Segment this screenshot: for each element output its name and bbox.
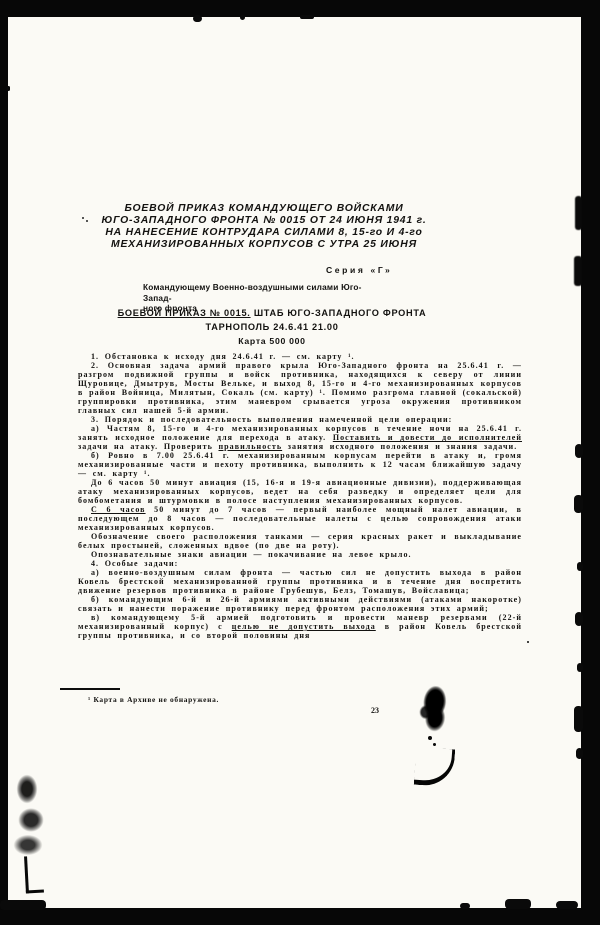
paragraph: Обозначение своего расположения танками … <box>78 532 522 550</box>
scan-edge-bump <box>574 706 583 732</box>
order-number: БОЕВОЙ ПРИКАЗ № 0015. <box>118 308 251 318</box>
scan-blob <box>460 903 470 909</box>
paragraph: а) Частям 8, 15-го и 4-го механизированн… <box>78 424 522 451</box>
text-segment: До 6 часов 50 минут авиация (15, 16-я и … <box>78 478 522 505</box>
text-segment: 2. Основная задача армий правого крыла Ю… <box>78 361 522 415</box>
scan-border-left <box>0 0 8 925</box>
ink-dot <box>428 736 432 740</box>
scan-edge-bump <box>575 196 582 230</box>
text-segment: б) командующим 6-й и 26-й армиями активн… <box>78 595 522 613</box>
paragraph: б) командующим 6-й и 26-й армиями активн… <box>78 595 522 613</box>
scan-edge-bump <box>574 495 583 513</box>
pen-stroke-hook <box>414 747 456 788</box>
scan-speck <box>86 220 88 222</box>
order-heading: БОЕВОЙ ПРИКАЗ № 0015. ШТАБ ЮГО-ЗАПАДНОГО… <box>76 308 468 347</box>
paragraph: 1. Обстановка к исходу дня 24.6.41 г. — … <box>78 352 522 361</box>
series-label: Серия «Г» <box>326 265 392 275</box>
scan-speck <box>82 217 84 219</box>
underlined-text: целью не допустить выхода <box>232 622 376 631</box>
scan-edge-bump <box>575 612 583 626</box>
body-text: 1. Обстановка к исходу дня 24.6.41 г. — … <box>78 352 522 640</box>
text-segment: занятия исходного положения и знания зад… <box>282 442 517 451</box>
text-segment: 50 минут до 7 часов — первый наиболее мо… <box>78 505 522 532</box>
paragraph: 4. Особые задачи: <box>78 559 522 568</box>
title-line: ЮГО-ЗАПАДНОГО ФРОНТА № 0015 ОТ 24 ИЮНЯ 1… <box>76 215 452 227</box>
text-segment: 1. Обстановка к исходу дня 24.6.41 г. — … <box>91 352 355 361</box>
paragraph: До 6 часов 50 минут авиация (15, 16-я и … <box>78 478 522 505</box>
text-segment: Обозначение своего расположения танками … <box>78 532 522 550</box>
scan-border-bottom <box>0 908 600 925</box>
text-segment: б) Ровно в 7.00 25.6.41 г. механизирован… <box>78 451 522 478</box>
map-scale-note: Карта 500 000 <box>76 336 468 347</box>
title-line: БОЕВОЙ ПРИКАЗ КОМАНДУЮЩЕГО ВОЙСКАМИ <box>76 203 452 215</box>
footnote: ¹ Карта в Архиве не обнаружена. <box>88 695 219 704</box>
addressee-line: Командующему Военно-воздушными силами Юг… <box>143 282 389 303</box>
text-segment: 4. Особые задачи: <box>91 559 178 568</box>
paragraph: в) командующему 5-й армией подготовить и… <box>78 613 522 640</box>
scan-edge-bump <box>575 444 583 458</box>
scan-edge-bump <box>576 748 583 759</box>
paragraph: а) военно-воздушным силам фронта — часть… <box>78 568 522 595</box>
scan-border-right <box>581 0 600 925</box>
paragraph: 3. Порядок и последовательность выполнен… <box>78 415 522 424</box>
text-segment: задачи на атаку. Проверить <box>78 442 219 451</box>
scan-blob <box>556 901 578 909</box>
scanned-page: БОЕВОЙ ПРИКАЗ КОМАНДУЮЩЕГО ВОЙСКАМИЮГО-З… <box>0 0 600 925</box>
order-hq: ШТАБ ЮГО-ЗАПАДНОГО ФРОНТА <box>251 308 427 318</box>
text-segment: а) военно-воздушным силам фронта — часть… <box>78 568 522 595</box>
ink-dot <box>433 743 436 746</box>
scan-drip <box>300 15 314 19</box>
footnote-rule <box>60 688 120 690</box>
ink-blot <box>417 685 453 735</box>
scan-blob <box>505 899 531 909</box>
scan-blob <box>0 900 46 910</box>
scan-edge-bump <box>577 562 583 571</box>
pen-mark-l <box>24 856 44 894</box>
paragraph: б) Ровно в 7.00 25.6.41 г. механизирован… <box>78 451 522 478</box>
order-place-datetime: ТАРНОПОЛЬ 24.6.41 21.00 <box>76 322 468 333</box>
text-segment: Опознавательные знаки авиации — покачива… <box>91 550 412 559</box>
scan-drip <box>193 15 202 22</box>
page-title: БОЕВОЙ ПРИКАЗ КОМАНДУЮЩЕГО ВОЙСКАМИЮГО-З… <box>76 203 452 251</box>
title-line: НА НАНЕСЕНИЕ КОНТРУДАРА СИЛАМИ 8, 15-го … <box>76 227 452 239</box>
ink-dot <box>527 641 529 643</box>
paragraph: Опознавательные знаки авиации — покачива… <box>78 550 522 559</box>
order-heading-line1: БОЕВОЙ ПРИКАЗ № 0015. ШТАБ ЮГО-ЗАПАДНОГО… <box>76 308 468 319</box>
paragraph: 2. Основная задача армий правого крыла Ю… <box>78 361 522 415</box>
underlined-text: С 6 часов <box>91 505 146 514</box>
underlined-text: Поставить и довести до исполнителей <box>333 433 522 442</box>
scan-edge-bump <box>577 663 583 672</box>
scan-speck <box>7 86 10 91</box>
underlined-text: правильность <box>219 442 283 451</box>
page-number: 23 <box>371 706 379 715</box>
title-line: МЕХАНИЗИРОВАННЫХ КОРПУСОВ С УТРА 25 ИЮНЯ <box>76 239 452 251</box>
text-segment: 3. Порядок и последовательность выполнен… <box>91 415 452 424</box>
scan-edge-bump <box>574 256 582 286</box>
scan-drip <box>240 15 245 20</box>
paragraph: С 6 часов 50 минут до 7 часов — первый н… <box>78 505 522 532</box>
